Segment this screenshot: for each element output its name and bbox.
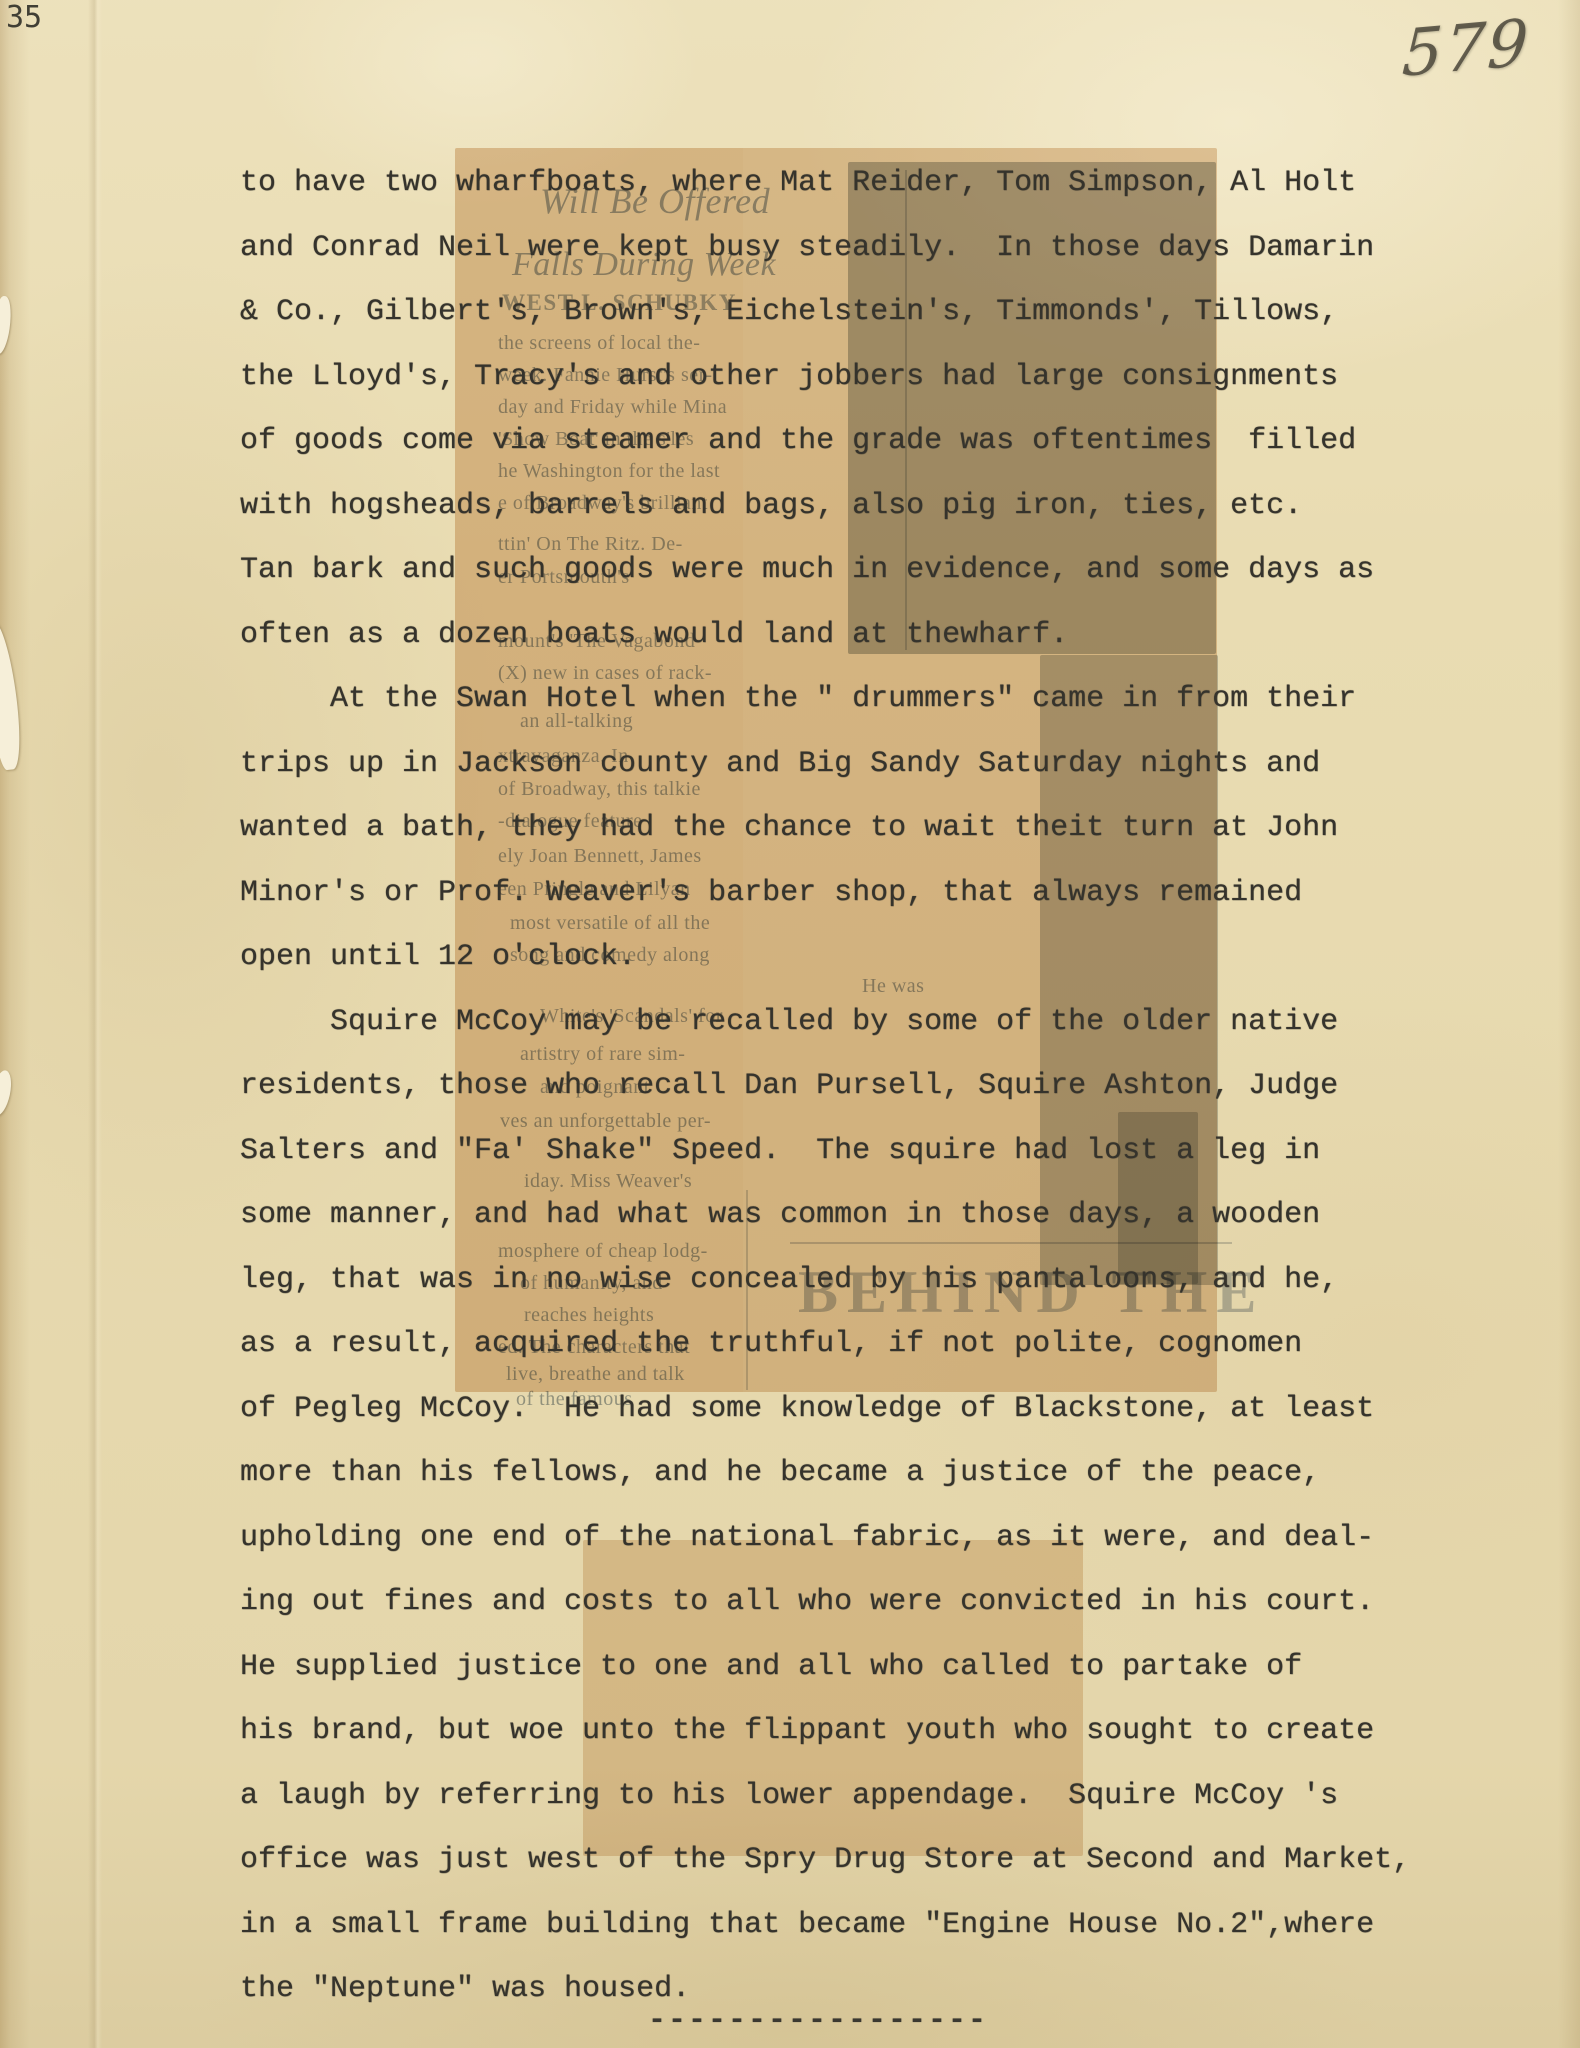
typed-line: often as a dozen boats would land at the… [240, 603, 1500, 668]
typed-line: and Conrad Neil were kept busy steadily.… [240, 216, 1500, 281]
typed-line: open until 12 o'clock. [240, 925, 1500, 990]
typed-line: trips up in Jackson county and Big Sandy… [240, 732, 1500, 797]
typed-line: Minor's or Prof. Weaver's barber shop, t… [240, 861, 1500, 926]
typed-line: of Pegleg McCoy. He had some knowledge o… [240, 1377, 1500, 1442]
typed-line: ing out fines and costs to all who were … [240, 1570, 1500, 1635]
typed-line: wanted a bath, they had the chance to wa… [240, 796, 1500, 861]
typed-line: Salters and "Fa' Shake" Speed. The squir… [240, 1119, 1500, 1184]
typed-line: At the Swan Hotel when the " drummers" c… [240, 667, 1500, 732]
typed-line: upholding one end of the national fabric… [240, 1506, 1500, 1571]
typed-line: He supplied justice to one and all who c… [240, 1635, 1500, 1700]
typed-line: residents, those who recall Dan Pursell,… [240, 1054, 1500, 1119]
end-separator-dashes: ----------------- [648, 2004, 988, 2038]
typed-line: as a result, acquired the truthful, if n… [240, 1312, 1500, 1377]
typed-line: Squire McCoy may be recalled by some of … [240, 990, 1500, 1055]
typed-line: leg, that was in no wise concealed by hi… [240, 1248, 1500, 1313]
typed-line: & Co., Gilbert's, Brown's, Eichelstein's… [240, 280, 1500, 345]
typed-corner-page-number: 35 [6, 0, 42, 35]
typed-line: more than his fellows, and he became a j… [240, 1441, 1500, 1506]
typed-line: his brand, but woe unto the flippant you… [240, 1699, 1500, 1764]
typed-line: office was just west of the Spry Drug St… [240, 1828, 1500, 1893]
typed-line: to have two wharfboats, where Mat Reider… [240, 151, 1500, 216]
typed-line: some manner, and had what was common in … [240, 1183, 1500, 1248]
typed-line: the Lloyd's, Tracy's and other jobbers h… [240, 345, 1500, 410]
typed-text-block: to have two wharfboats, where Mat Reider… [240, 151, 1500, 2022]
typed-line: in a small frame building that became "E… [240, 1893, 1500, 1958]
typed-line: a laugh by referring to his lower append… [240, 1764, 1500, 1829]
typed-line: Tan bark and such goods were much in evi… [240, 538, 1500, 603]
scanned-document-page: Will Be OfferedFalls During WeekWEST L. … [0, 0, 1580, 2048]
typed-line: with hogsheads, barrels and bags, also p… [240, 474, 1500, 539]
typed-line: of goods come via steamer and the grade … [240, 409, 1500, 474]
handwritten-page-number: 579 [1400, 6, 1532, 92]
